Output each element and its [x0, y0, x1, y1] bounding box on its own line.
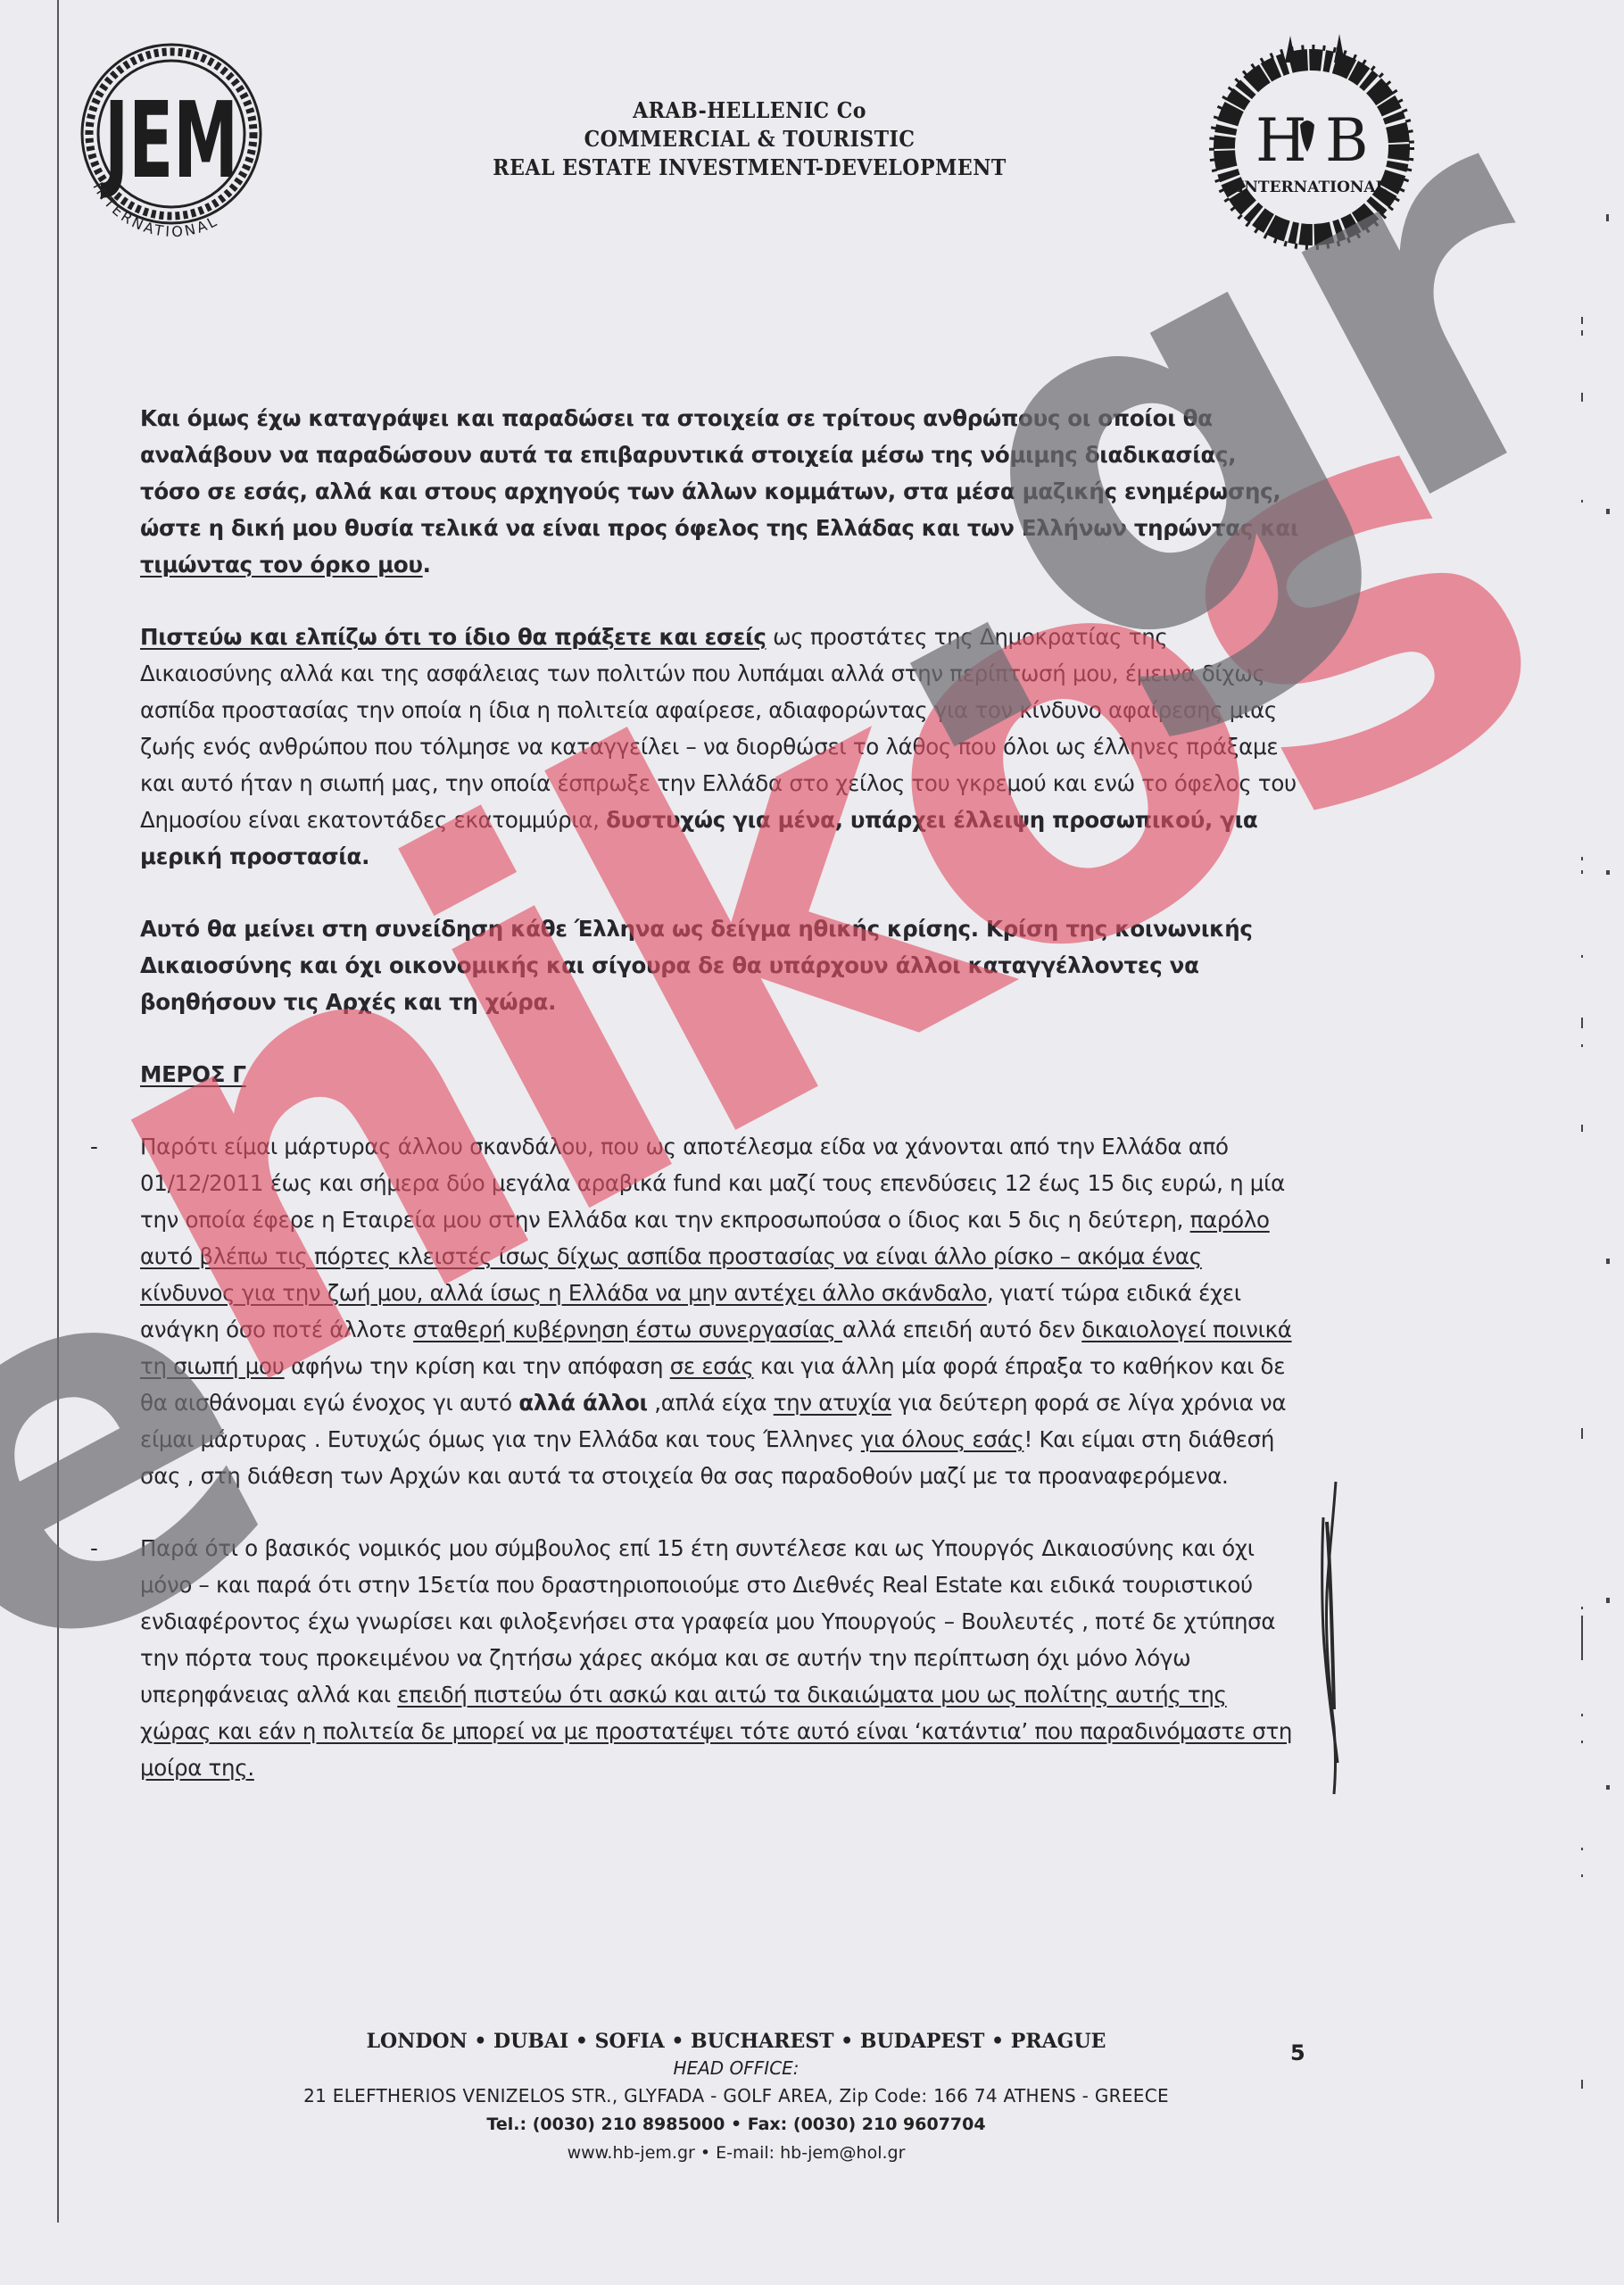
svg-text:JEM: JEM: [101, 79, 238, 202]
svg-text:B: B: [1325, 106, 1369, 175]
head-office-address: 21 ELEFTHERIOS VENIZELOS STR., GLYFADA -…: [178, 2081, 1294, 2110]
handwritten-signature: [1316, 1477, 1352, 1799]
underlined-oath: τιμώντας τον όρκο μου: [140, 552, 423, 577]
svg-text:INTERNATIONAL: INTERNATIONAL: [1237, 179, 1386, 196]
paragraph-1: Και όμως έχω καταγράψει και παραδώσει τα…: [140, 400, 1300, 583]
text-run: για όλους εσάς: [861, 1426, 1024, 1452]
text-run: αλλά άλλοι: [518, 1390, 647, 1416]
bullet-dash: -: [90, 1530, 98, 1566]
jem-international-logo: JEM INTERNATIONAL: [73, 34, 278, 257]
bullet-item-2: - Παρά ότι ο βασικός νομικός μου σύμβουλ…: [140, 1530, 1300, 1786]
company-name: ARAB-HELLENIC Co COMMERCIAL & TOURISTIC …: [393, 96, 1106, 182]
website-email: www.hb-jem.gr • E-mail: hb-jem@hol.gr: [178, 2139, 1294, 2167]
text-run: σε εσάς: [670, 1353, 754, 1379]
company-line-2: COMMERCIAL & TOURISTIC: [421, 125, 1078, 154]
company-line-1: ARAB-HELLENIC Co: [421, 96, 1078, 125]
phone-fax: Tel.: (0030) 210 8985000 • Fax: (0030) 2…: [178, 2110, 1294, 2139]
svg-text:H: H: [1255, 106, 1307, 175]
hb-international-logo: H B INTERNATIONAL: [1200, 27, 1423, 259]
section-heading: ΜΕΡΟΣ Γ: [140, 1056, 1300, 1093]
text-run: την ατυχία: [774, 1390, 891, 1416]
bullet-item-1: - Παρότι είμαι μάρτυρας άλλου σκανδάλου,…: [140, 1128, 1300, 1494]
underlined-hope: Πιστεύω και ελπίζω ότι το ίδιο θα πράξετ…: [140, 624, 766, 650]
bullet-dash: -: [90, 1128, 98, 1165]
page-number: 5: [1290, 2040, 1305, 2065]
company-line-3: REAL ESTATE INVESTMENT-DEVELOPMENT: [421, 154, 1078, 182]
paragraph-2: Πιστεύω και ελπίζω ότι το ίδιο θα πράξετ…: [140, 619, 1300, 875]
text-run: ,απλά είχα: [648, 1390, 774, 1416]
text-run: σταθερή κυβέρνηση έστω συνεργασίας: [413, 1317, 842, 1342]
office-cities: LONDON • DUBAI • SOFIA • BUCHAREST • BUD…: [178, 2028, 1294, 2055]
letter-body: Και όμως έχω καταγράψει και παραδώσει τα…: [140, 400, 1300, 1822]
text-run: Παρότι είμαι μάρτυρας άλλου σκανδάλου, π…: [140, 1134, 1285, 1233]
head-office-label: HEAD OFFICE:: [178, 2055, 1294, 2081]
paragraph-3: Αυτό θα μείνει στη συνείδηση κάθε Έλληνα…: [140, 910, 1300, 1020]
text-run: αφήνω την κρίση και την απόφαση: [285, 1353, 670, 1379]
letterhead-footer: LONDON • DUBAI • SOFIA • BUCHAREST • BUD…: [178, 2028, 1294, 2167]
text-run: αλλά επειδή αυτό δεν: [842, 1317, 1081, 1342]
left-margin-line: [57, 0, 59, 2223]
scan-edge-marks: [1570, 0, 1624, 2285]
